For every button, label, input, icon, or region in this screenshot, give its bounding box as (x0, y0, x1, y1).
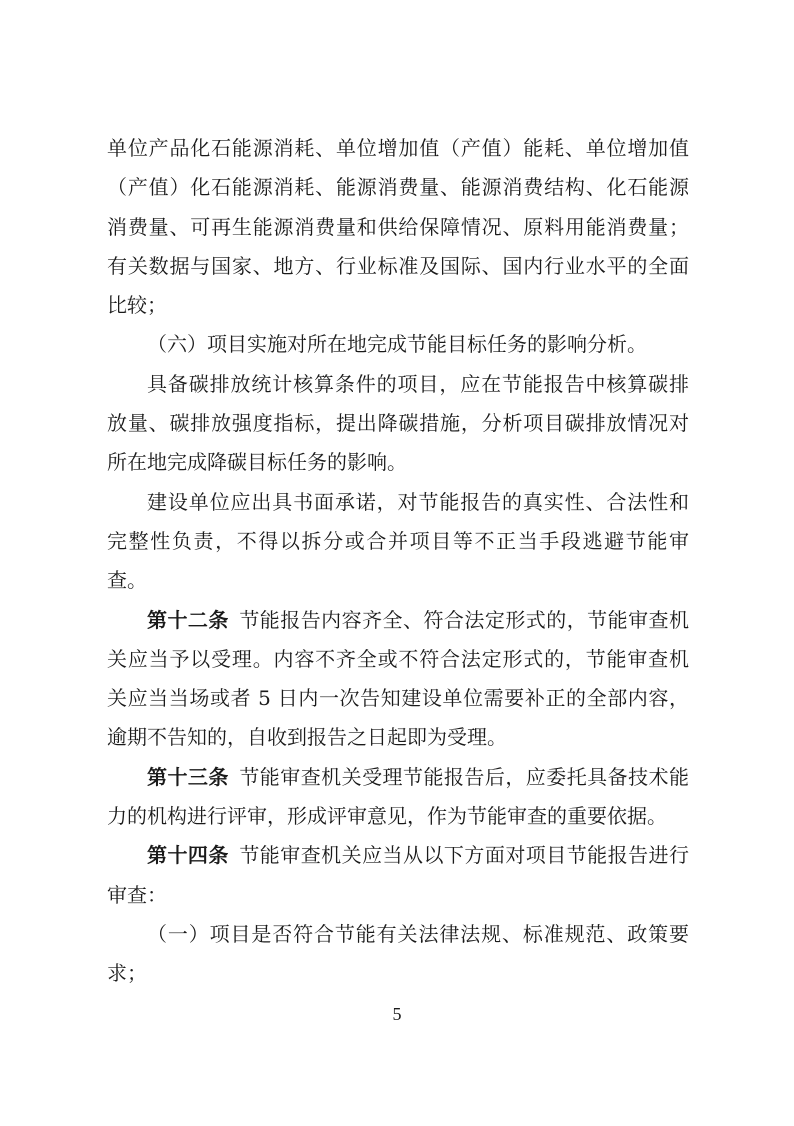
text-line: 消费量、可再生能源消费量和供给保障情况、原料用能消费量； (107, 208, 689, 247)
text-line: （一）项目是否符合节能有关法律法规、标准规范、政策要 (107, 915, 689, 954)
text-line: 逾期不告知的，自收到报告之日起即为受理。 (107, 718, 689, 757)
article-heading: 第十四条 (147, 843, 229, 867)
text-line: 力的机构进行评审，形成评审意见，作为节能审查的重要依据。 (107, 797, 689, 836)
text-line: 关应当予以受理。内容不齐全或不符合法定形式的，节能审查机 (107, 640, 689, 679)
text-line: 建设单位应出具书面承诺，对节能报告的真实性、合法性和 (107, 483, 689, 522)
document-page-body: 单位产品化石能源消耗、单位增加值（产值）能耗、单位增加值 （产值）化石能源消耗、… (107, 129, 689, 994)
text-line: 放量、碳排放强度指标，提出降碳措施，分析项目碳排放情况对 (107, 404, 689, 443)
text-line: 第十三条 节能审查机关受理节能报告后，应委托具备技术能 (107, 758, 689, 797)
page-number: 5 (0, 1004, 794, 1025)
text-line: 第十四条 节能审查机关应当从以下方面对项目节能报告进行 (107, 836, 689, 875)
article-text: 节能审查机关应当从以下方面对项目节能报告进行 (239, 843, 689, 867)
text-line: 审查： (107, 876, 689, 915)
text-line: 求； (107, 954, 689, 993)
text-line: 查。 (107, 561, 689, 600)
article-12: 第十二条 节能报告内容齐全、符合法定形式的，节能审查机 关应当予以受理。内容不齐… (107, 601, 689, 758)
text-line: 比较； (107, 286, 689, 325)
text-line: 第十二条 节能报告内容齐全、符合法定形式的，节能审查机 (107, 601, 689, 640)
text-line: 有关数据与国家、地方、行业标准及国际、国内行业水平的全面 (107, 247, 689, 286)
text-line: 关应当当场或者 5 日内一次告知建设单位需要补正的全部内容， (107, 679, 689, 718)
text-line: （六）项目实施对所在地完成节能目标任务的影响分析。 (107, 325, 689, 364)
article-text: 节能审查机关受理节能报告后，应委托具备技术能 (239, 765, 689, 789)
text-line: 具备碳排放统计核算条件的项目，应在节能报告中核算碳排 (107, 365, 689, 404)
text-line: 所在地完成降碳目标任务的影响。 (107, 443, 689, 482)
text-line: （产值）化石能源消耗、能源消费量、能源消费结构、化石能源 (107, 168, 689, 207)
paragraph-carbon-emissions: 具备碳排放统计核算条件的项目，应在节能报告中核算碳排 放量、碳排放强度指标，提出… (107, 365, 689, 483)
paragraph-written-commitment: 建设单位应出具书面承诺，对节能报告的真实性、合法性和 完整性负责，不得以拆分或合… (107, 483, 689, 601)
text-line: 完整性负责，不得以拆分或合并项目等不正当手段逃避节能审 (107, 522, 689, 561)
paragraph-item-one: （一）项目是否符合节能有关法律法规、标准规范、政策要 求； (107, 915, 689, 994)
article-14: 第十四条 节能审查机关应当从以下方面对项目节能报告进行 审查： (107, 836, 689, 915)
paragraph-energy-indicators: 单位产品化石能源消耗、单位增加值（产值）能耗、单位增加值 （产值）化石能源消耗、… (107, 129, 689, 325)
article-heading: 第十二条 (147, 608, 229, 632)
paragraph-item-six: （六）项目实施对所在地完成节能目标任务的影响分析。 (107, 325, 689, 364)
text-line: 单位产品化石能源消耗、单位增加值（产值）能耗、单位增加值 (107, 129, 689, 168)
article-text: 节能报告内容齐全、符合法定形式的，节能审查机 (239, 608, 689, 632)
article-13: 第十三条 节能审查机关受理节能报告后，应委托具备技术能 力的机构进行评审，形成评… (107, 758, 689, 837)
article-heading: 第十三条 (147, 765, 229, 789)
